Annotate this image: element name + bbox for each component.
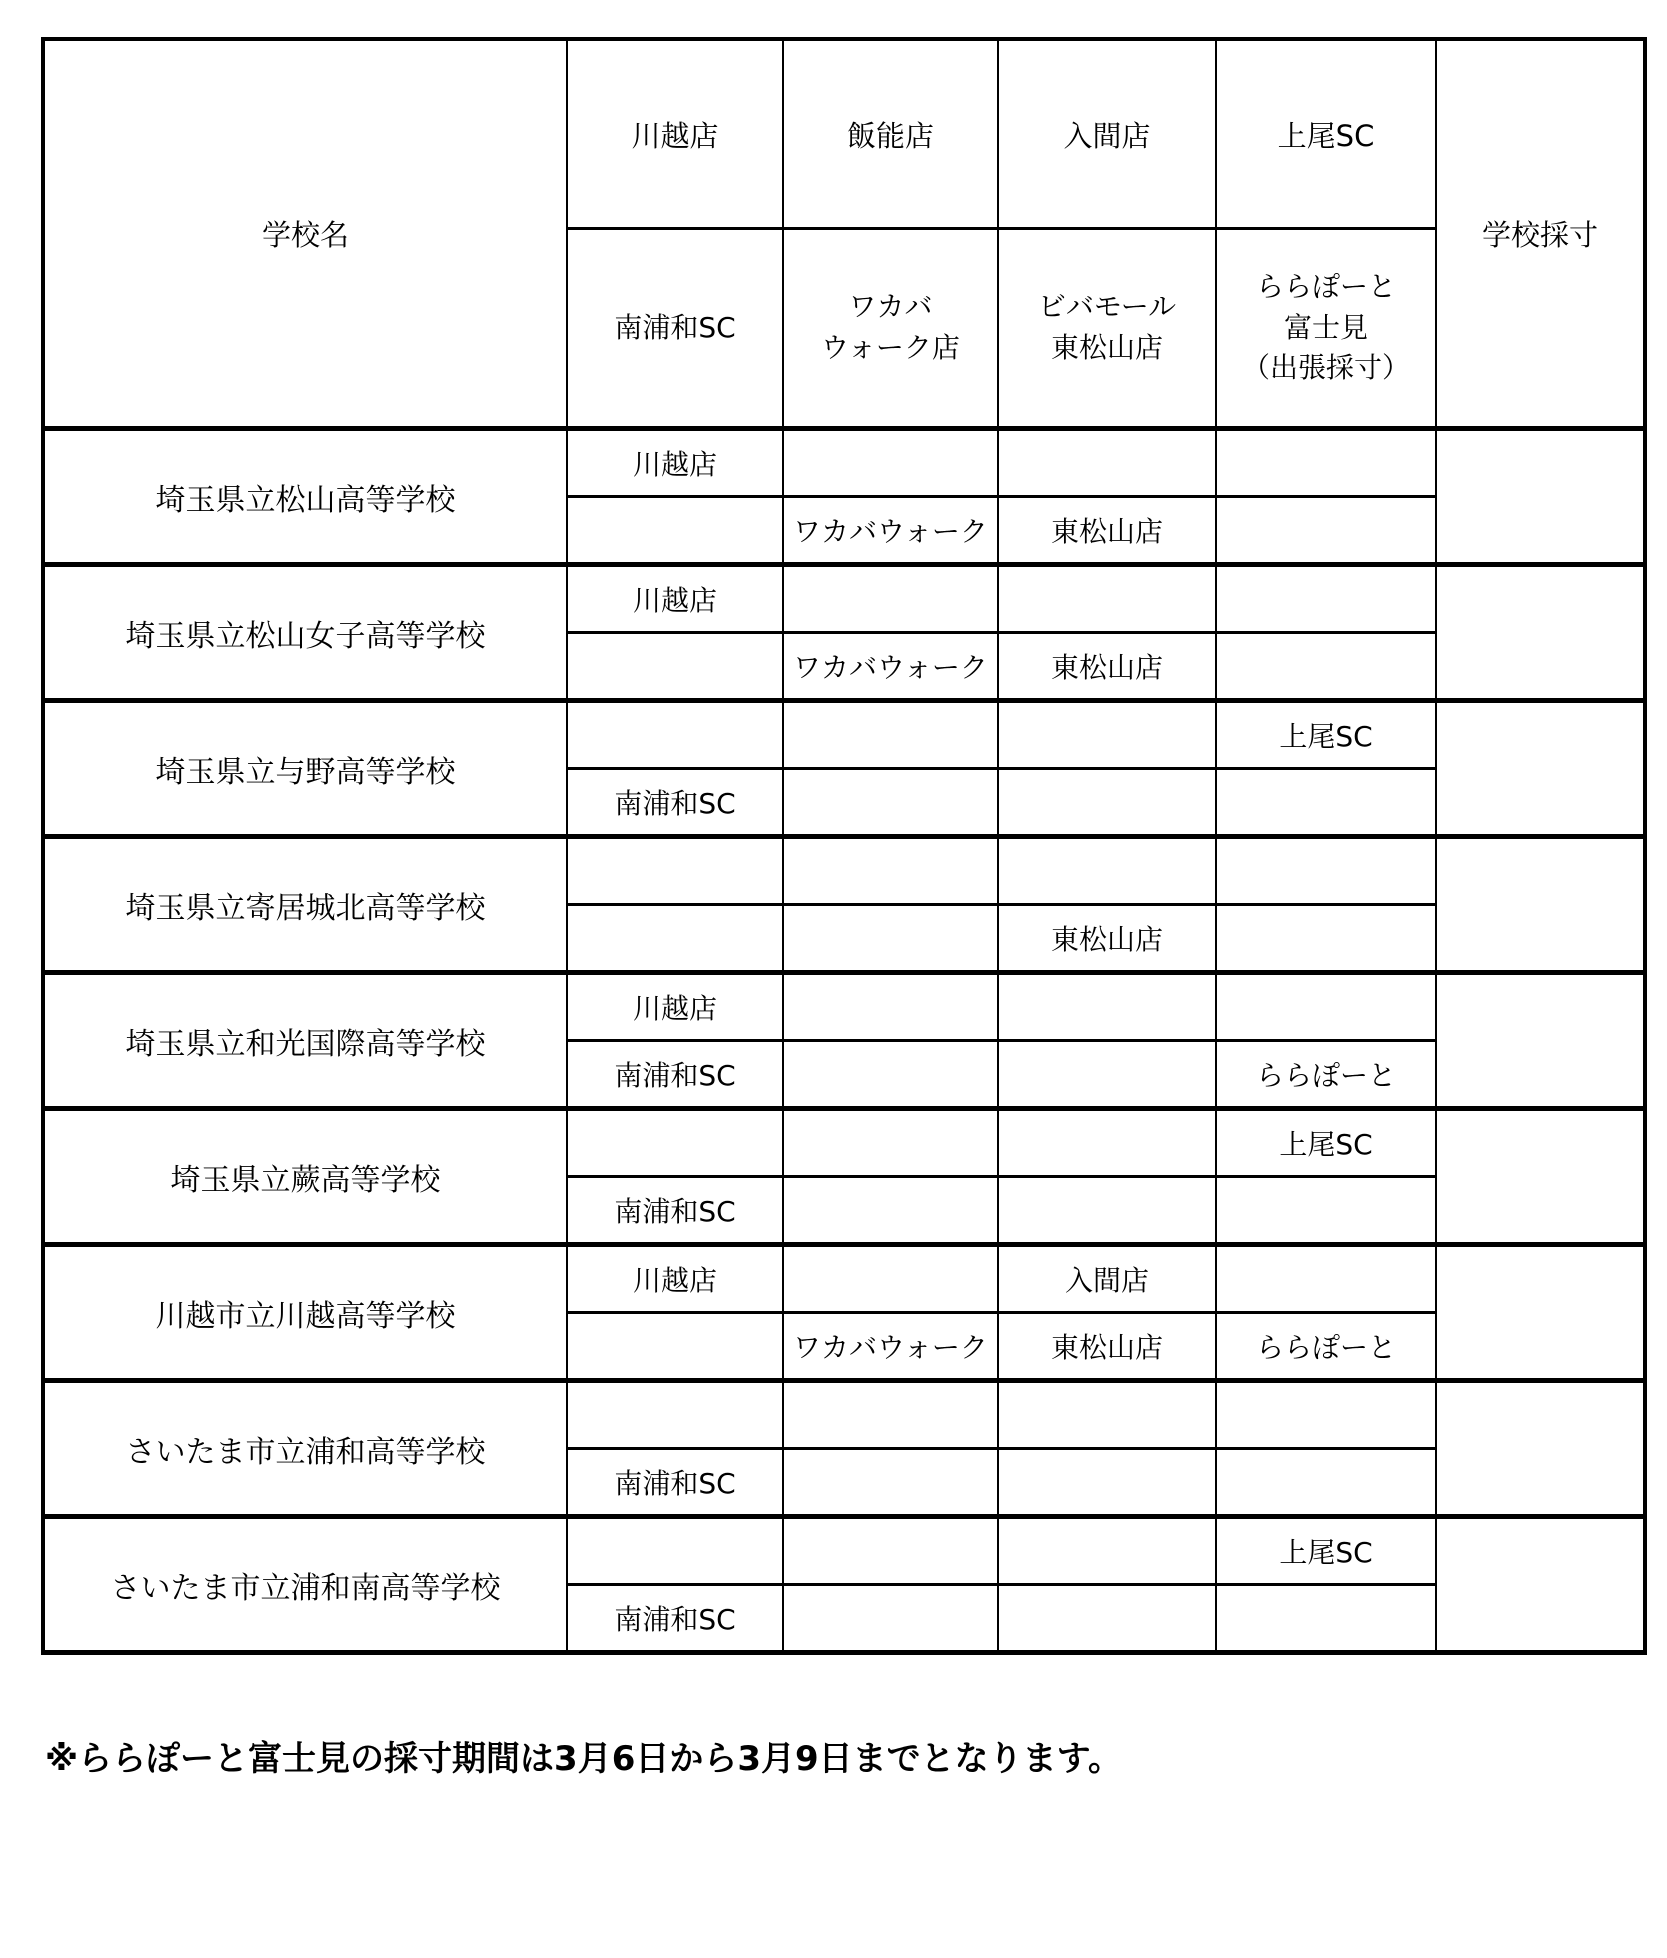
school-name-cell: 埼玉県立松山高等学校 — [43, 429, 567, 565]
school-name-cell: 埼玉県立寄居城北高等学校 — [43, 837, 567, 973]
store-cell — [567, 905, 783, 973]
store-cell — [567, 633, 783, 701]
table-header: 学校名 川越店 飯能店 入間店 上尾SC 学校採寸 南浦和SC ワカバ ウォーク… — [43, 39, 1645, 429]
store-cell — [783, 1449, 998, 1517]
footnote: ※ららぽーと富士見の採寸期間は3月6日から3月9日までとなります。 — [45, 1731, 1122, 1780]
store-cell — [567, 1109, 783, 1177]
store-cell — [567, 1313, 783, 1381]
school-name-cell: 埼玉県立与野高等学校 — [43, 701, 567, 837]
store-cell — [783, 769, 998, 837]
school-measure-cell — [1436, 565, 1645, 701]
header-store-ageo-sc: 上尾SC — [1216, 39, 1436, 229]
store-cell — [1216, 973, 1436, 1041]
store-cell — [783, 1585, 998, 1653]
store-cell — [998, 1585, 1216, 1653]
store-cell: 東松山店 — [998, 1313, 1216, 1381]
store-cell — [783, 1041, 998, 1109]
school-measure-cell — [1436, 701, 1645, 837]
store-cell: ららぽーと — [1216, 1313, 1436, 1381]
store-cell — [567, 701, 783, 769]
store-cell — [1216, 837, 1436, 905]
header-store-viva-mall-higashimatsuyama: ビバモール 東松山店 — [998, 229, 1216, 429]
store-cell: ワカバウォーク — [783, 1313, 998, 1381]
store-cell: 川越店 — [567, 565, 783, 633]
store-cell — [998, 769, 1216, 837]
store-cell — [1216, 1245, 1436, 1313]
header-row-top: 学校名 川越店 飯能店 入間店 上尾SC 学校採寸 — [43, 39, 1645, 229]
school-name-cell: 埼玉県立松山女子高等学校 — [43, 565, 567, 701]
store-cell — [783, 837, 998, 905]
measurement-schedule-table: 学校名 川越店 飯能店 入間店 上尾SC 学校採寸 南浦和SC ワカバ ウォーク… — [41, 37, 1647, 1655]
store-cell — [783, 1517, 998, 1585]
header-school-name: 学校名 — [43, 39, 567, 429]
store-cell — [998, 1517, 1216, 1585]
store-cell — [567, 1381, 783, 1449]
store-cell — [1216, 497, 1436, 565]
school-name-cell: さいたま市立浦和高等学校 — [43, 1381, 567, 1517]
store-cell: 南浦和SC — [567, 1585, 783, 1653]
store-cell — [567, 1517, 783, 1585]
store-cell — [783, 973, 998, 1041]
store-cell — [1216, 905, 1436, 973]
header-store-kawagoe: 川越店 — [567, 39, 783, 229]
school-measure-cell — [1436, 1517, 1645, 1653]
store-cell — [783, 1109, 998, 1177]
store-cell — [783, 1381, 998, 1449]
store-cell: 上尾SC — [1216, 1517, 1436, 1585]
store-cell — [783, 1245, 998, 1313]
store-cell — [998, 429, 1216, 497]
store-cell — [1216, 633, 1436, 701]
school-measure-cell — [1436, 1245, 1645, 1381]
store-cell — [1216, 1381, 1436, 1449]
store-cell: 川越店 — [567, 973, 783, 1041]
school-measure-cell — [1436, 973, 1645, 1109]
store-cell: ららぽーと — [1216, 1041, 1436, 1109]
store-cell: 東松山店 — [998, 905, 1216, 973]
page: 学校名 川越店 飯能店 入間店 上尾SC 学校採寸 南浦和SC ワカバ ウォーク… — [0, 0, 1667, 1958]
school-measure-cell — [1436, 837, 1645, 973]
store-cell: 東松山店 — [998, 633, 1216, 701]
store-cell — [998, 1449, 1216, 1517]
store-cell — [998, 1041, 1216, 1109]
store-cell: ワカバウォーク — [783, 497, 998, 565]
store-cell: 入間店 — [998, 1245, 1216, 1313]
store-cell: 南浦和SC — [567, 1449, 783, 1517]
header-store-lalaport-fujimi: ららぽーと 富士見 （出張採寸） — [1216, 229, 1436, 429]
store-cell: 川越店 — [567, 1245, 783, 1313]
store-cell — [1216, 1449, 1436, 1517]
store-cell: 上尾SC — [1216, 701, 1436, 769]
store-cell: 南浦和SC — [567, 769, 783, 837]
store-cell — [998, 565, 1216, 633]
store-cell: 東松山店 — [998, 497, 1216, 565]
table-row: 川越市立川越高等学校川越店入間店 — [43, 1245, 1645, 1313]
store-cell — [998, 1177, 1216, 1245]
school-name-cell: 埼玉県立蕨高等学校 — [43, 1109, 567, 1245]
store-cell — [783, 565, 998, 633]
store-cell: 上尾SC — [1216, 1109, 1436, 1177]
store-cell — [998, 837, 1216, 905]
store-cell: 川越店 — [567, 429, 783, 497]
table-row: 埼玉県立松山高等学校川越店 — [43, 429, 1645, 497]
school-name-cell: 埼玉県立和光国際高等学校 — [43, 973, 567, 1109]
school-name-cell: さいたま市立浦和南高等学校 — [43, 1517, 567, 1653]
store-cell — [1216, 565, 1436, 633]
store-cell — [1216, 769, 1436, 837]
header-school-measure: 学校採寸 — [1436, 39, 1645, 429]
store-cell — [783, 1177, 998, 1245]
store-cell — [998, 1381, 1216, 1449]
store-cell — [1216, 429, 1436, 497]
store-cell — [567, 837, 783, 905]
store-cell — [783, 701, 998, 769]
store-cell: 南浦和SC — [567, 1041, 783, 1109]
table-row: 埼玉県立和光国際高等学校川越店 — [43, 973, 1645, 1041]
header-store-iruma: 入間店 — [998, 39, 1216, 229]
store-cell — [1216, 1585, 1436, 1653]
store-cell: 南浦和SC — [567, 1177, 783, 1245]
school-name-cell: 川越市立川越高等学校 — [43, 1245, 567, 1381]
table-row: さいたま市立浦和高等学校 — [43, 1381, 1645, 1449]
store-cell — [998, 973, 1216, 1041]
header-store-wakaba-walk: ワカバ ウォーク店 — [783, 229, 998, 429]
table-row: 埼玉県立寄居城北高等学校 — [43, 837, 1645, 905]
school-measure-cell — [1436, 429, 1645, 565]
store-cell — [998, 701, 1216, 769]
table-row: 埼玉県立蕨高等学校上尾SC — [43, 1109, 1645, 1177]
store-cell — [783, 905, 998, 973]
store-cell: ワカバウォーク — [783, 633, 998, 701]
header-store-minami-urawa-sc: 南浦和SC — [567, 229, 783, 429]
table-row: 埼玉県立与野高等学校上尾SC — [43, 701, 1645, 769]
school-measure-cell — [1436, 1381, 1645, 1517]
store-cell — [783, 429, 998, 497]
school-measure-cell — [1436, 1109, 1645, 1245]
store-cell — [998, 1109, 1216, 1177]
store-cell — [567, 497, 783, 565]
table-row: 埼玉県立松山女子高等学校川越店 — [43, 565, 1645, 633]
store-cell — [1216, 1177, 1436, 1245]
table-body: 埼玉県立松山高等学校川越店ワカバウォーク東松山店埼玉県立松山女子高等学校川越店ワ… — [43, 429, 1645, 1653]
header-store-hanno: 飯能店 — [783, 39, 998, 229]
table-row: さいたま市立浦和南高等学校上尾SC — [43, 1517, 1645, 1585]
